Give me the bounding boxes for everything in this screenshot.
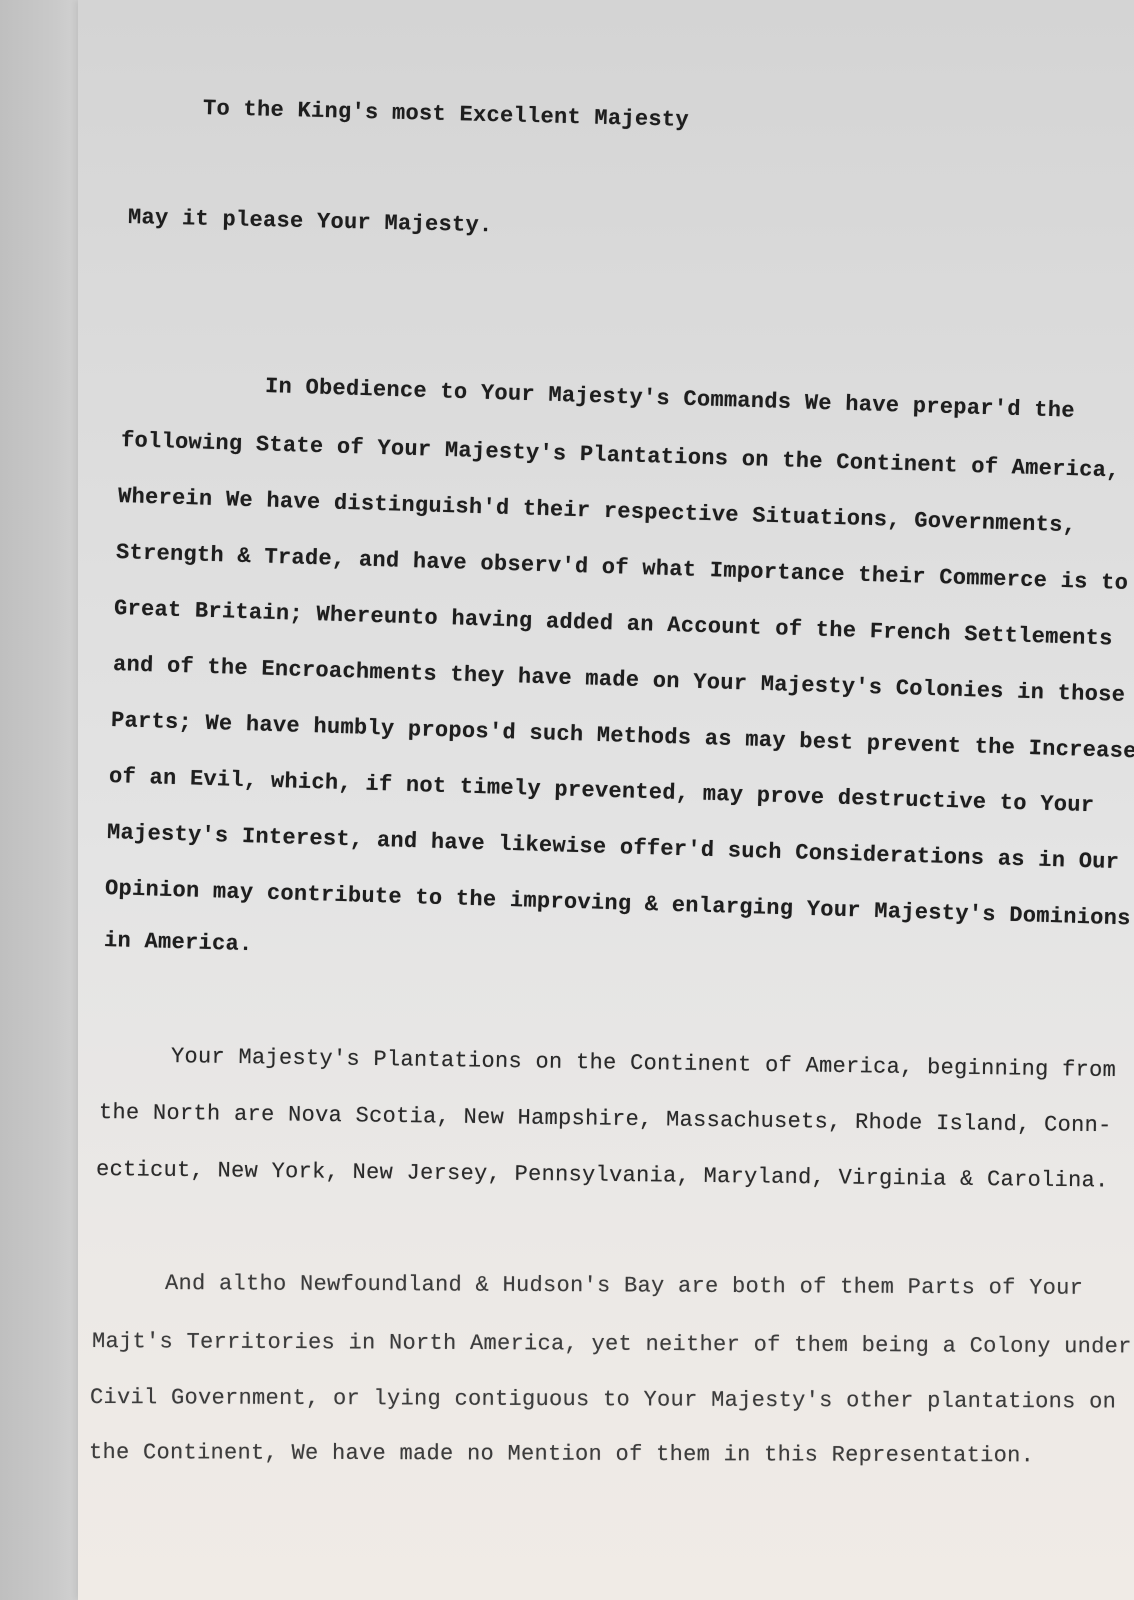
paragraph-3-line-1: And altho Newfoundland & Hudson's Bay ar… bbox=[165, 1271, 1083, 1301]
paragraph-3-line-4: the Continent, We have made no Mention o… bbox=[89, 1440, 1034, 1468]
paragraph-1-line-11: in America. bbox=[104, 928, 253, 957]
paragraph-3-line-3: Civil Government, or lying contiguous to… bbox=[90, 1385, 1116, 1414]
photo-of-typed-page: To the King's most Excellent Majesty May… bbox=[0, 0, 1134, 1600]
adjacent-page-edge bbox=[0, 0, 80, 1600]
